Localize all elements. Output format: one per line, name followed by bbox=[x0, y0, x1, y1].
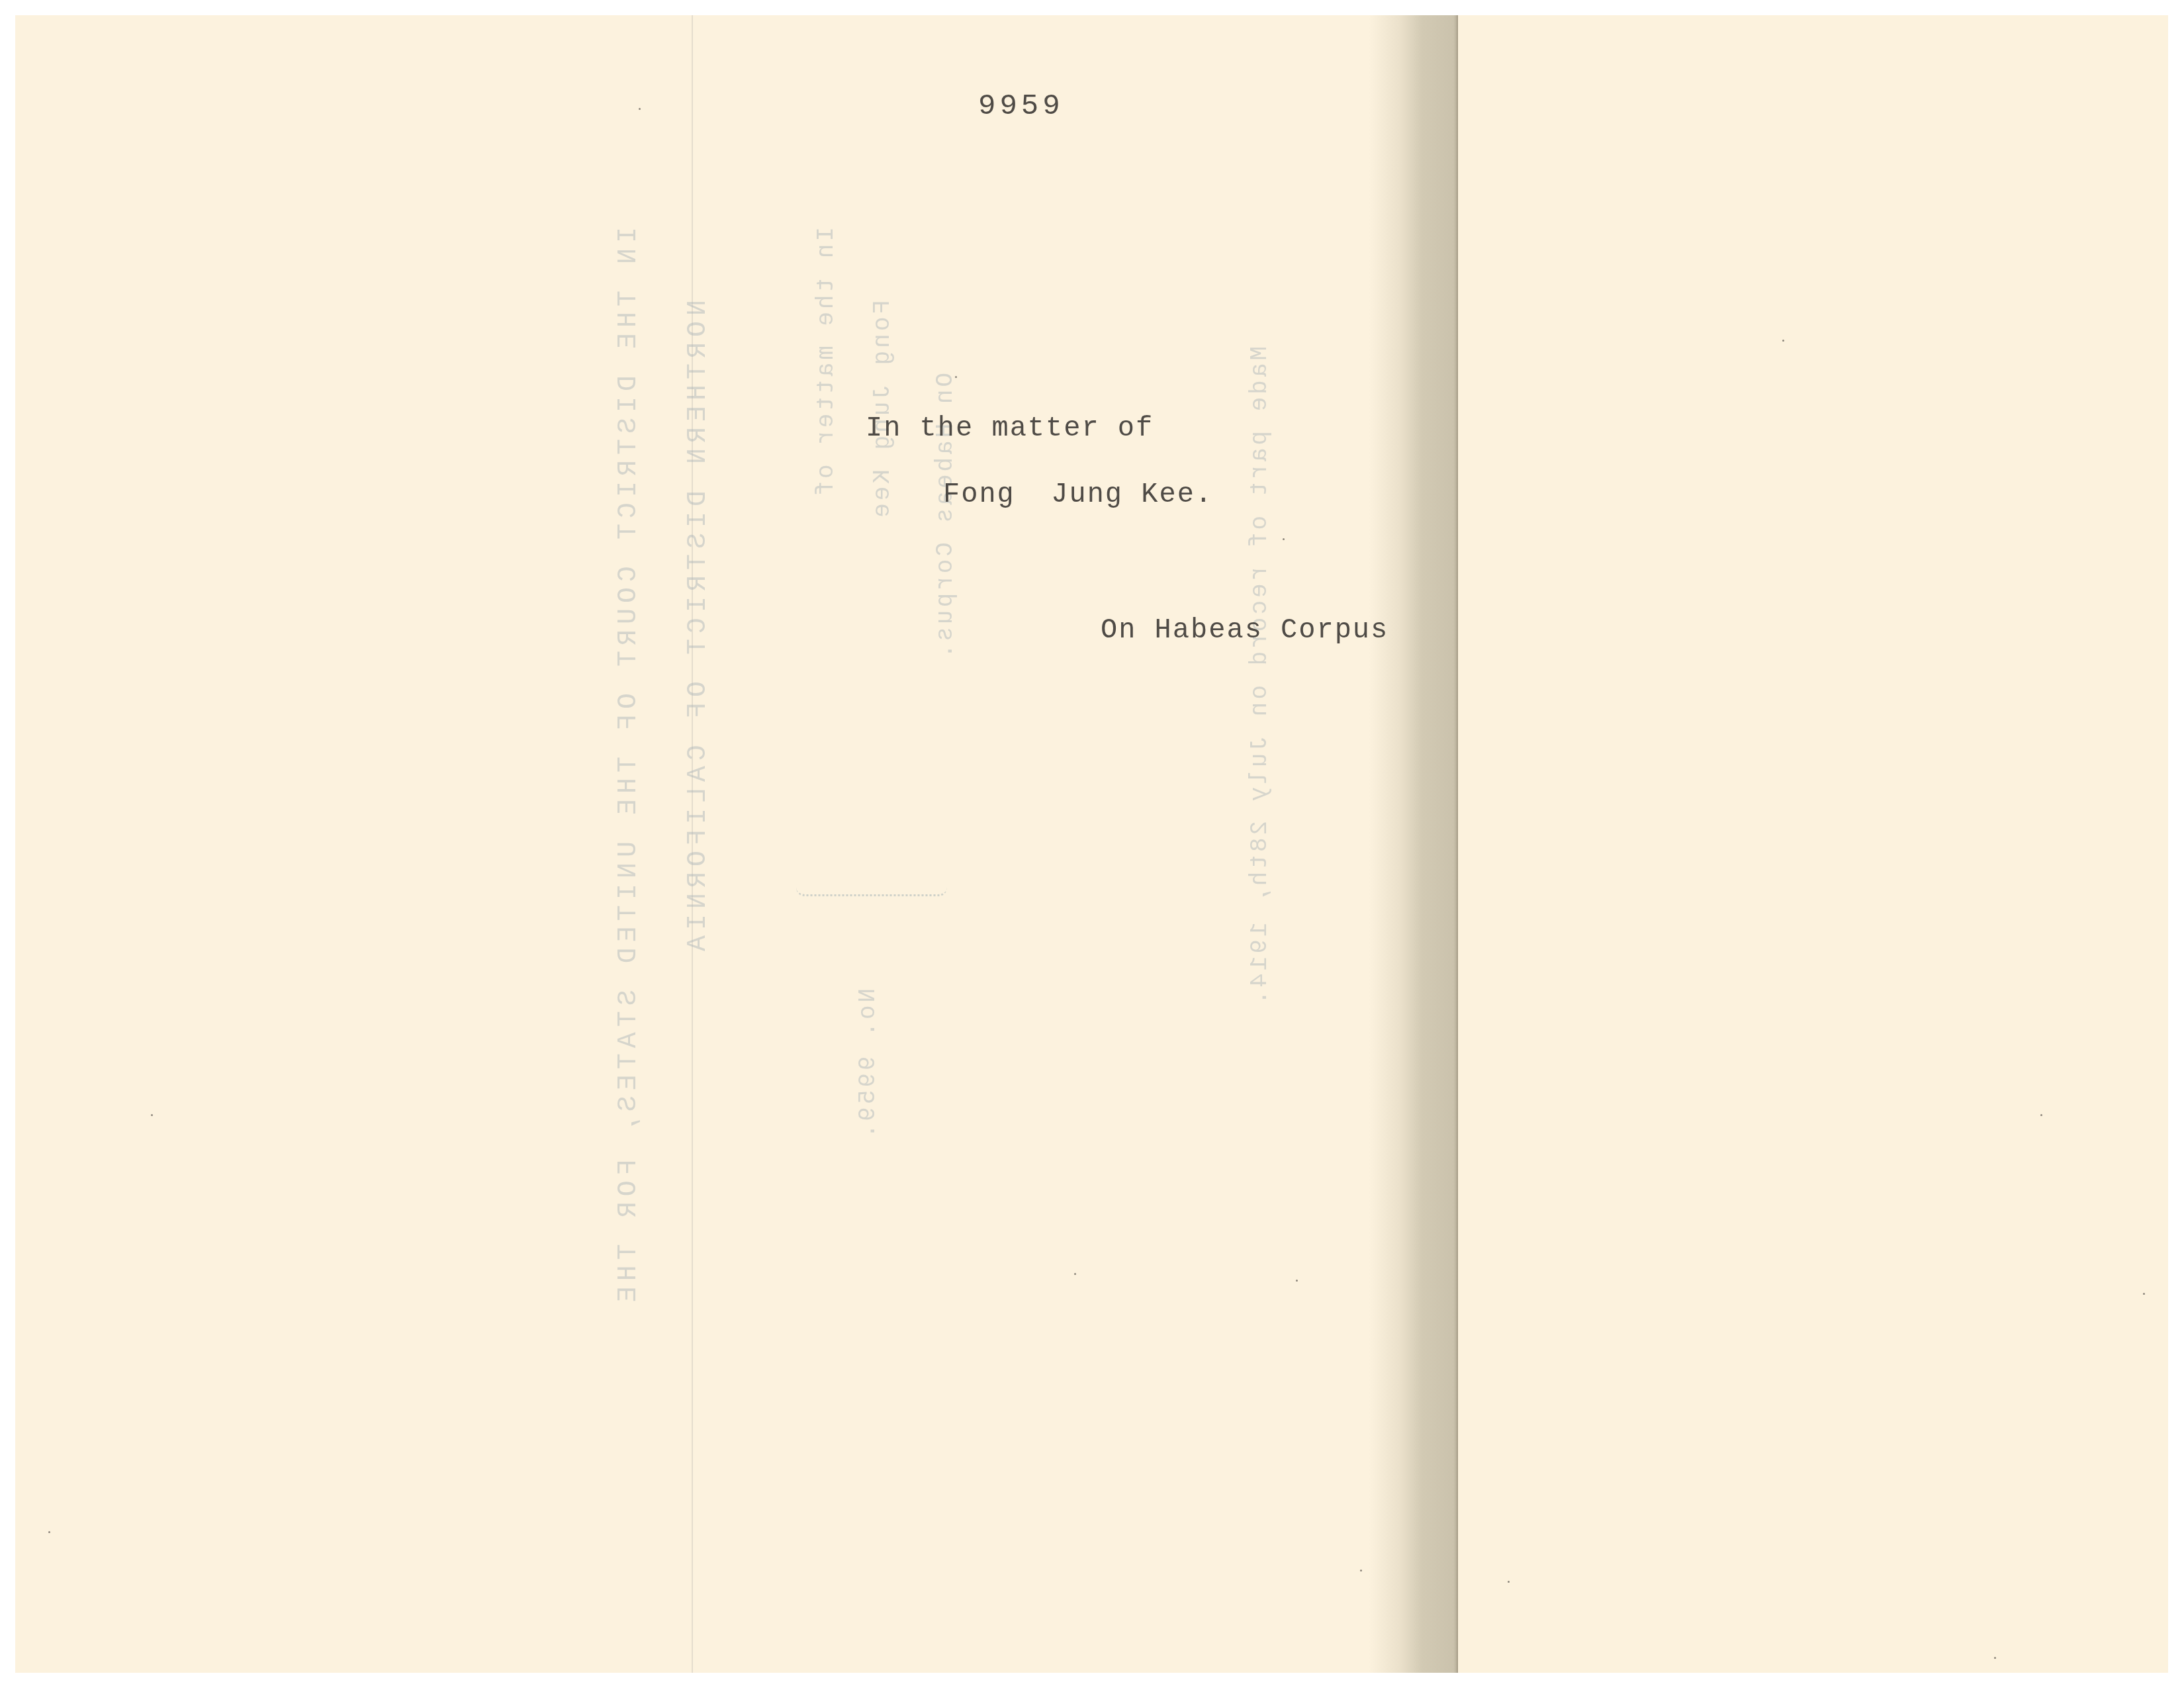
paper-speck bbox=[955, 376, 957, 378]
bleed-matter-line: In the matter of bbox=[813, 227, 840, 498]
paper-speck bbox=[1074, 1273, 1076, 1275]
caption-petitioner-name: Fong Jung Kee. bbox=[943, 479, 1213, 510]
paper-speck bbox=[2143, 1293, 2145, 1295]
bleed-filed-line: Made part of record on July 28th, 1914. bbox=[1246, 346, 1273, 1008]
paper-speck bbox=[2040, 1114, 2042, 1116]
paper-speck bbox=[151, 1114, 153, 1116]
right-panel bbox=[1456, 15, 2168, 1673]
document-page: IN THE DISTRICT COURT OF THE UNITED STAT… bbox=[15, 15, 2168, 1673]
fold-shadow bbox=[1369, 15, 1458, 1673]
caption-habeas-corpus: On Habeas Corpus bbox=[1101, 614, 1388, 646]
paper-speck bbox=[1296, 1280, 1298, 1282]
bleed-court-line-1: IN THE DISTRICT COURT OF THE UNITED STAT… bbox=[614, 227, 644, 1307]
bleed-court-line-2: NORTHERN DISTRICT OF CALIFORNIA bbox=[684, 300, 713, 957]
paper-speck bbox=[639, 108, 641, 110]
caption-in-the-matter-of: In the matter of bbox=[866, 412, 1154, 444]
paper-speck bbox=[48, 1531, 50, 1533]
paper-speck bbox=[1360, 1570, 1362, 1571]
bleed-scalloped-rule bbox=[796, 888, 947, 896]
document-number: 9959 bbox=[978, 90, 1064, 123]
paper-speck bbox=[1508, 1581, 1510, 1583]
paper-speck bbox=[1283, 538, 1285, 540]
bleed-number-line: No. 9959. bbox=[854, 988, 882, 1141]
paper-speck bbox=[1994, 1657, 1996, 1659]
fold-edge bbox=[1457, 15, 1458, 1673]
paper-speck bbox=[1782, 340, 1784, 342]
bleed-name-line: Fong Jung Kee bbox=[869, 300, 896, 520]
